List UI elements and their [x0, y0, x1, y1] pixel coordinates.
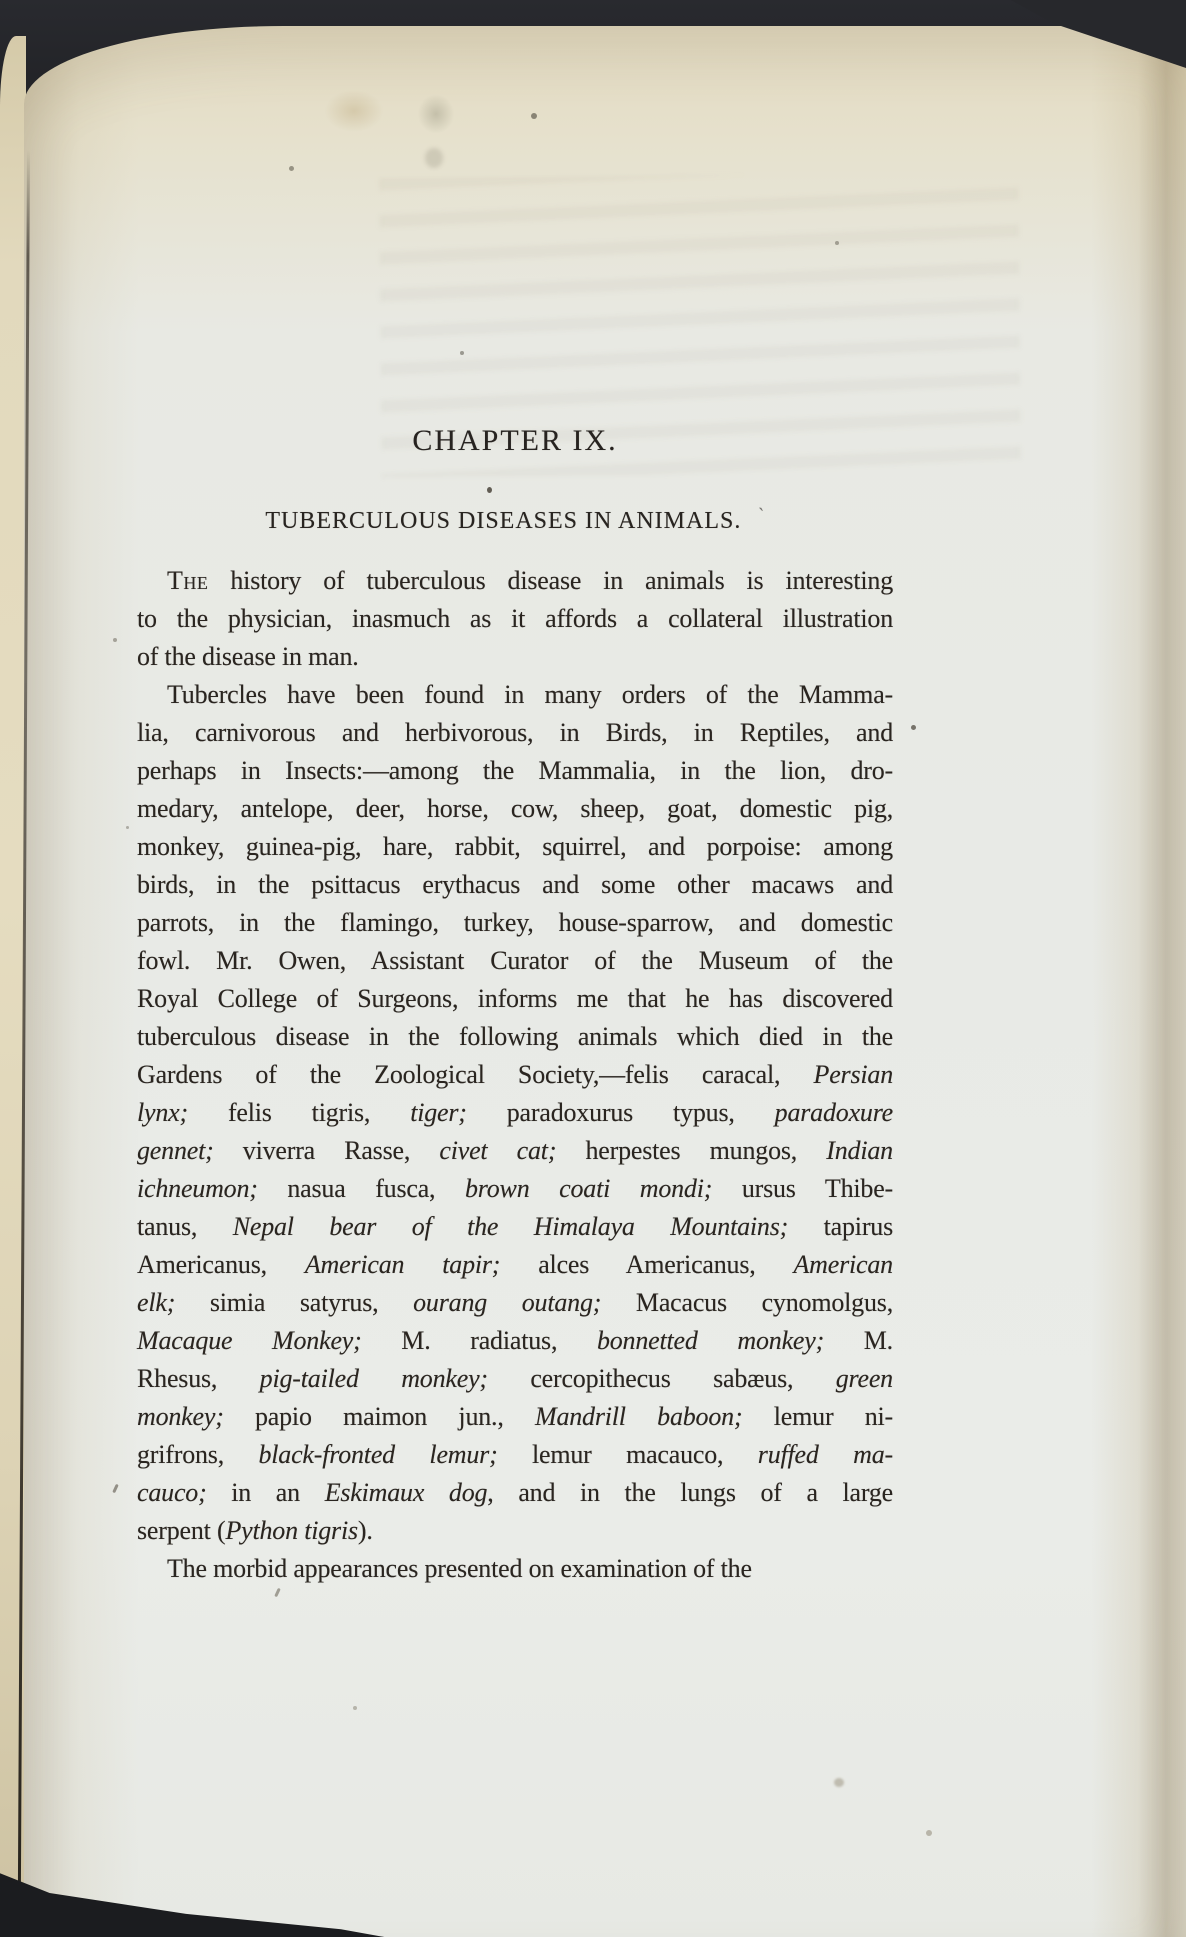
paragraph-2: Tubercles have been found in many orders… [137, 676, 893, 1550]
italic-run: Indian [826, 1136, 893, 1165]
text-line: gennet; viverra Rasse, civet cat; herpes… [137, 1132, 893, 1170]
italic-run: paradoxure [775, 1098, 893, 1127]
text-run: paradoxurus typus, [467, 1098, 775, 1127]
text-run: perhaps in Insects:—among the Mammalia, … [137, 756, 893, 785]
stain-spot [460, 351, 464, 355]
section-heading: TUBERCULOUS DISEASES IN ANIMALS. [265, 508, 741, 534]
text-line: birds, in the psittacus erythacus and so… [137, 866, 893, 904]
text-line: lynx; felis tigris, tiger; paradoxurus t… [137, 1094, 893, 1132]
text-run: of the disease in man. [137, 642, 359, 671]
italic-run: American tapir; [305, 1250, 500, 1279]
text-line: ichneumon; nasua fusca, brown coati mond… [137, 1170, 893, 1208]
text-run: Macacus cynomolgus, [601, 1288, 893, 1317]
ink-dot [911, 725, 916, 730]
text-run: The [167, 566, 208, 595]
text-line: of the disease in man. [137, 638, 893, 676]
stain-spot [425, 148, 443, 168]
stray-mark: ˋ [756, 503, 767, 530]
text-run: serpent ( [137, 1516, 225, 1545]
text-run: herpestes mungos, [556, 1136, 826, 1165]
text-line: Americanus, American tapir; alces Americ… [137, 1246, 893, 1284]
italic-run: Eskimaux dog [325, 1478, 488, 1507]
stain-spot [926, 1830, 932, 1836]
stain-spot [126, 826, 129, 829]
stain-spot [113, 638, 117, 642]
text-line: fowl. Mr. Owen, Assistant Curator of the… [137, 942, 893, 980]
text-line: monkey; papio maimon jun., Mandrill babo… [137, 1398, 893, 1436]
text-run: monkey, guinea-pig, hare, rabbit, squirr… [137, 832, 893, 861]
book-page-photo: CHAPTER IX. TUBERCULOUS DISEASES IN ANIM… [0, 0, 1186, 1937]
text-line: parrots, in the flamingo, turkey, house-… [137, 904, 893, 942]
italic-run: cauco; [137, 1478, 207, 1507]
text-run: ). [358, 1516, 373, 1545]
italic-run: ourang outang; [413, 1288, 601, 1317]
text-run: birds, in the psittacus erythacus and so… [137, 870, 893, 899]
text-line: to the physician, inasmuch as it affords… [137, 600, 893, 638]
italic-run: monkey; [137, 1402, 224, 1431]
text-run: lemur macauco, [498, 1440, 758, 1469]
italic-run: tiger; [410, 1098, 467, 1127]
text-line: The history of tuberculous disease in an… [137, 562, 893, 600]
text-run: tuberculous disease in the following ani… [137, 1022, 893, 1051]
text-run: simia satyrus, [175, 1288, 413, 1317]
text-line: The morbid appearances presented on exam… [137, 1550, 893, 1588]
text-run: Rhesus, [137, 1364, 260, 1393]
text-run: in an [207, 1478, 325, 1507]
text-run: The morbid appearances presented on exam… [167, 1554, 752, 1583]
text-line: elk; simia satyrus, ourang outang; Macac… [137, 1284, 893, 1322]
italic-run: black-fronted lemur; [258, 1440, 497, 1469]
stain-spot [289, 166, 294, 171]
italic-run: ichneumon; [137, 1174, 258, 1203]
text-run: lia, carnivorous and herbivorous, in Bir… [137, 718, 893, 747]
italic-run: elk; [137, 1288, 175, 1317]
text-line: monkey, guinea-pig, hare, rabbit, squirr… [137, 828, 893, 866]
stain-spot [531, 113, 537, 119]
text-run: M. [824, 1326, 893, 1355]
text-run: lemur ni- [742, 1402, 893, 1431]
italic-run: Nepal bear of the Himalaya Mountains; [233, 1212, 788, 1241]
text-line: medary, antelope, deer, horse, cow, shee… [137, 790, 893, 828]
text-run: viverra Rasse, [214, 1136, 440, 1165]
text-line: Royal College of Surgeons, informs me th… [137, 980, 893, 1018]
italic-run: lynx; [137, 1098, 188, 1127]
text-run: alces Americanus, [500, 1250, 793, 1279]
text-run: fowl. Mr. Owen, Assistant Curator of the… [137, 946, 893, 975]
text-line: grifrons, black-fronted lemur; lemur mac… [137, 1436, 893, 1474]
text-line: Macaque Monkey; M. radiatus, bonnetted m… [137, 1322, 893, 1360]
italic-run: ruffed ma- [758, 1440, 893, 1469]
paragraph-1: The history of tuberculous disease in an… [137, 562, 893, 676]
italic-run: American [794, 1250, 893, 1279]
section-heading-row: TUBERCULOUS DISEASES IN ANIMALS.ˋ [137, 508, 893, 536]
italic-run: bonnetted monkey; [597, 1326, 824, 1355]
text-line: tanus, Nepal bear of the Himalaya Mounta… [137, 1208, 893, 1246]
stain-spot [834, 1778, 844, 1787]
text-run: to the physician, inasmuch as it affords… [137, 604, 893, 633]
text-run: M. radiatus, [362, 1326, 597, 1355]
text-line: tuberculous disease in the following ani… [137, 1018, 893, 1056]
text-run: parrots, in the flamingo, turkey, house-… [137, 908, 893, 937]
italic-run: Macaque Monkey; [137, 1326, 362, 1355]
text-run: tapirus [788, 1212, 893, 1241]
text-run: medary, antelope, deer, horse, cow, shee… [137, 794, 893, 823]
text-line: Rhesus, pig-tailed monkey; cercopithecus… [137, 1360, 893, 1398]
italic-run: green [836, 1364, 893, 1393]
text-line: serpent (Python tigris). [137, 1512, 893, 1550]
text-run: Royal College of Surgeons, informs me th… [137, 984, 893, 1013]
italic-run: Persian [814, 1060, 893, 1089]
text-run: Tubercles have been found in many orders… [167, 680, 893, 709]
text-run: nasua fusca, [258, 1174, 465, 1203]
italic-run: gennet; [137, 1136, 214, 1165]
text-run: ursus Thibe- [712, 1174, 893, 1203]
text-run: , and in the lungs of a large [487, 1478, 893, 1507]
italic-run: Python tigris [225, 1516, 357, 1545]
text-run: grifrons, [137, 1440, 258, 1469]
text-run: Gardens of the Zoological Society,—felis… [137, 1060, 814, 1089]
text-run: tanus, [137, 1212, 233, 1241]
page-text: CHAPTER IX. TUBERCULOUS DISEASES IN ANIM… [137, 426, 893, 1588]
italic-run: civet cat; [439, 1136, 556, 1165]
text-line: Tubercles have been found in many orders… [137, 676, 893, 714]
italic-run: Mandrill baboon; [535, 1402, 742, 1431]
text-run: history of tuberculous disease in animal… [208, 566, 893, 595]
text-run: cercopithecus sabæus, [488, 1364, 836, 1393]
text-line: cauco; in an Eskimaux dog, and in the lu… [137, 1474, 893, 1512]
italic-run: brown coati mondi; [465, 1174, 712, 1203]
stain-spot [835, 241, 839, 245]
text-run: Americanus, [137, 1250, 305, 1279]
text-run: papio maimon jun., [224, 1402, 535, 1431]
italic-run: pig-tailed monkey; [260, 1364, 488, 1393]
chapter-heading: CHAPTER IX. [137, 426, 893, 456]
text-run: felis tigris, [188, 1098, 410, 1127]
text-line: lia, carnivorous and herbivorous, in Bir… [137, 714, 893, 752]
text-line: Gardens of the Zoological Society,—felis… [137, 1056, 893, 1094]
stain-spot [353, 1706, 357, 1710]
text-line: perhaps in Insects:—among the Mammalia, … [137, 752, 893, 790]
body-paragraphs: The history of tuberculous disease in an… [137, 562, 893, 1588]
paragraph-3: The morbid appearances presented on exam… [137, 1550, 893, 1588]
